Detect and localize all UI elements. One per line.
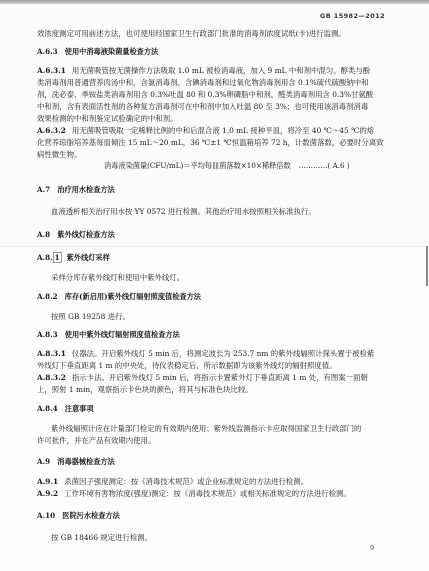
clause-number: A.8.3.2: [37, 373, 66, 382]
section-heading-a8: A.8 紫外线灯检查方法: [37, 230, 115, 240]
clause-text: 工作环境有害物浓度(强度)测定：按《消毒技术规范》或相关标准规定的方法进行检测。: [64, 489, 351, 498]
section-heading-a8-2: A.8.2 库存(新启用)紫外线灯辐射照度值检查方法: [37, 292, 201, 302]
standard-code-header: GB 15982—2012: [320, 12, 385, 20]
paragraph-line: 中和剂，含有表面活性剂的各种复方消毒剂可在中和剂中加入吐温 80 至 3%；也可…: [37, 102, 368, 112]
formula-expression: 消毒液染菌量(CFU/mL)＝平均每皿菌落数×10×稀释倍数: [104, 161, 291, 170]
paragraph-line: 病性微生物。: [37, 150, 81, 160]
section-heading-a8-3: A.8.3 使用中紫外线灯辐射照度值检查方法: [37, 330, 180, 340]
clause-number: A.9.1: [37, 477, 58, 486]
paragraph-line: 按 GB 18466 规定进行检测。: [51, 533, 152, 543]
clause-a8-3-2-line: A.8.3.2指示卡法。开启紫外线灯 5 min 后，将指示卡置紫外灯下垂直距离…: [37, 373, 368, 383]
paragraph-line: 化营养琼脂培养基每皿倾注 15 mL～20 mL，36 ℃±1 ℃恒温箱培养 7…: [37, 138, 384, 148]
section-heading-a9: A.9 消毒器械检查方法: [37, 457, 115, 467]
clause-number-boxed: 1: [53, 252, 62, 263]
scan-edge-rule: [426, 246, 428, 286]
clause-a9-1-line: A.9.1杀菌因子强度测定：按《消毒技术规范》或企业标准规定的方法进行检测。: [37, 477, 308, 487]
section-heading-a8-4: A.8.4 注意事项: [37, 404, 94, 414]
clause-title: 紫外线灯采样: [67, 253, 110, 262]
paragraph-line: 效浓度测定可用前述方法，也可使用经国家卫生行政部门批准的消毒剂浓度试纸(卡)进行…: [37, 29, 346, 39]
clause-a8-3-1-line: A.8.3.1仪器法。开启紫外线灯 5 min 后，将测定波长为 253.7 n…: [37, 349, 374, 359]
paragraph-line: 采样分库存紫外线灯和使用中紫外线灯。: [51, 273, 184, 283]
paragraph-line: 效果检测的中和剂鉴定试验确定的中和剂。: [37, 114, 177, 124]
clause-a9-2-line: A.9.2工作环境有害物浓度(强度)测定：按《消毒技术规范》或相关标准规定的方法…: [37, 489, 351, 499]
section-heading-a8-1: A.8.1 紫外线灯采样: [37, 253, 110, 263]
formula-number: …………( A.6 ): [299, 161, 350, 170]
clause-a6-3-2-line: A.6.3.2用无菌吸管吸取一定稀释比例的中和后混合液 1.0 mL 接种平皿，…: [37, 126, 374, 136]
section-heading-a6-3: A.6.3 使用中消毒液染菌量检查方法: [37, 47, 158, 57]
paragraph-line: 按照 GB 19258 进行。: [51, 312, 130, 322]
clause-number: A.9.2: [37, 489, 58, 498]
clause-number: A.8.: [37, 253, 53, 262]
clause-number: A.8.3.1: [37, 349, 66, 358]
paragraph-line: 类消毒剂用普通营养肉汤中和，含氯消毒剂、含碘消毒剂和过氧化物消毒剂用含 0.1%…: [37, 78, 369, 88]
clause-text: 杀菌因子强度测定：按《消毒技术规范》或企业标准规定的方法进行检测。: [64, 477, 308, 486]
clause-text: 用无菌吸管吸取一定稀释比例的中和后混合液 1.0 mL 接种平皿，将冷至 40 …: [72, 126, 374, 135]
clause-a6-3-1-line: A.6.3.1用无菌吸管按无菌操作方法吸取 1.0 mL 被检消毒液，加入 9 …: [37, 66, 370, 76]
paragraph-line: 许可批件，并在产品有效期内使用。: [37, 436, 155, 446]
paragraph-line: 上，照射 1 min，观察指示卡色块的颜色，将其与标准色块比较。: [37, 385, 253, 395]
paragraph-line: 紫外线辐照计应在计量部门检定的有效期内使用；紫外线监测指示卡应取得国家卫生行政部…: [51, 424, 361, 434]
clause-text: 仪器法。开启紫外线灯 5 min 后，将测定波长为 253.7 nm 的紫外线辐…: [72, 349, 374, 358]
section-heading-a7: A.7 治疗用水检查方法: [37, 185, 115, 195]
clause-text: 指示卡法。开启紫外线灯 5 min 后，将指示卡置紫外灯下垂直距离 1 m 处，…: [72, 373, 368, 382]
paragraph-line: 外线灯下垂直距离 1 m 的中央处，待仪表稳定后，所示数据即为该紫外线灯的辐射照…: [37, 361, 337, 371]
clause-number: A.6.3.1: [37, 66, 66, 75]
clause-text: 用无菌吸管按无菌操作方法吸取 1.0 mL 被检消毒液，加入 9 mL 中和剂中…: [72, 66, 370, 75]
formula-a6: 消毒液染菌量(CFU/mL)＝平均每皿菌落数×10×稀释倍数…………( A.6 …: [104, 161, 350, 171]
paragraph-line: 剂，洗必泰、季铵盐类消毒剂用含 0.3%吐温 80 和 0.3%卵磷脂中和剂，醛…: [37, 90, 373, 100]
paragraph-line: 血液透析相关治疗用水按 YY 0572 进行检测。其他治疗用水按照相关标准执行。: [51, 207, 316, 217]
clause-number: A.6.3.2: [37, 126, 66, 135]
page-number: 9: [370, 544, 374, 552]
section-heading-a10: A.10 医院污水检查方法: [37, 511, 120, 521]
